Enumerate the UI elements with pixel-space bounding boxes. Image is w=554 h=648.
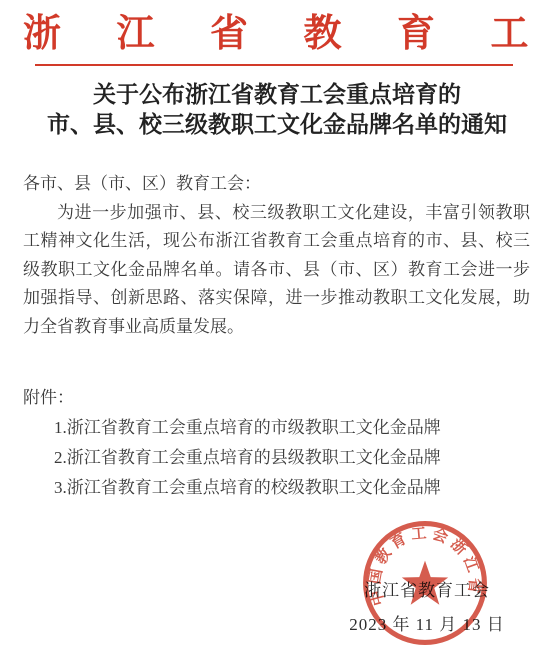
document-title: 关于公布浙江省教育工会重点培育的 市、县、校三级教职工文化金品牌名单的通知 [0,80,554,140]
attachment-item: 1.浙江省教育工会重点培育的市级教职工文化金品牌 [23,413,530,443]
attachment-item: 2.浙江省教育工会重点培育的县级教职工文化金品牌 [23,443,530,473]
org-header-title: 浙 江 省 教 育 工 会 [0,10,554,58]
signature-org: 浙江省教育工会 [332,576,522,601]
document-title-line-2: 市、县、校三级教职工文化金品牌名单的通知 [0,110,554,140]
body-paragraph: 为进一步加强市、县、校三级教职工文化建设，丰富引领教职工精神文化生活，现公布浙江… [23,199,530,342]
salutation: 各市、县（市、区）教育工会： [23,170,530,199]
document-page: 浙 江 省 教 育 工 会 关于公布浙江省教育工会重点培育的 市、县、校三级教职… [0,0,554,648]
document-title-line-1: 关于公布浙江省教育工会重点培育的 [0,80,554,110]
red-divider [35,64,513,66]
signature-date: 2023 年 11 月 13 日 [332,610,522,635]
attachments-section: 附件： 1.浙江省教育工会重点培育的市级教职工文化金品牌 2.浙江省教育工会重点… [23,383,530,503]
document-body: 各市、县（市、区）教育工会： 为进一步加强市、县、校三级教职工文化建设，丰富引领… [23,170,530,341]
signature-block: 浙江省教育工会 2023 年 11 月 13 日 [332,576,522,635]
attachments-label: 附件： [23,383,530,413]
attachment-item: 3.浙江省教育工会重点培育的校级教职工文化金品牌 [23,473,530,503]
